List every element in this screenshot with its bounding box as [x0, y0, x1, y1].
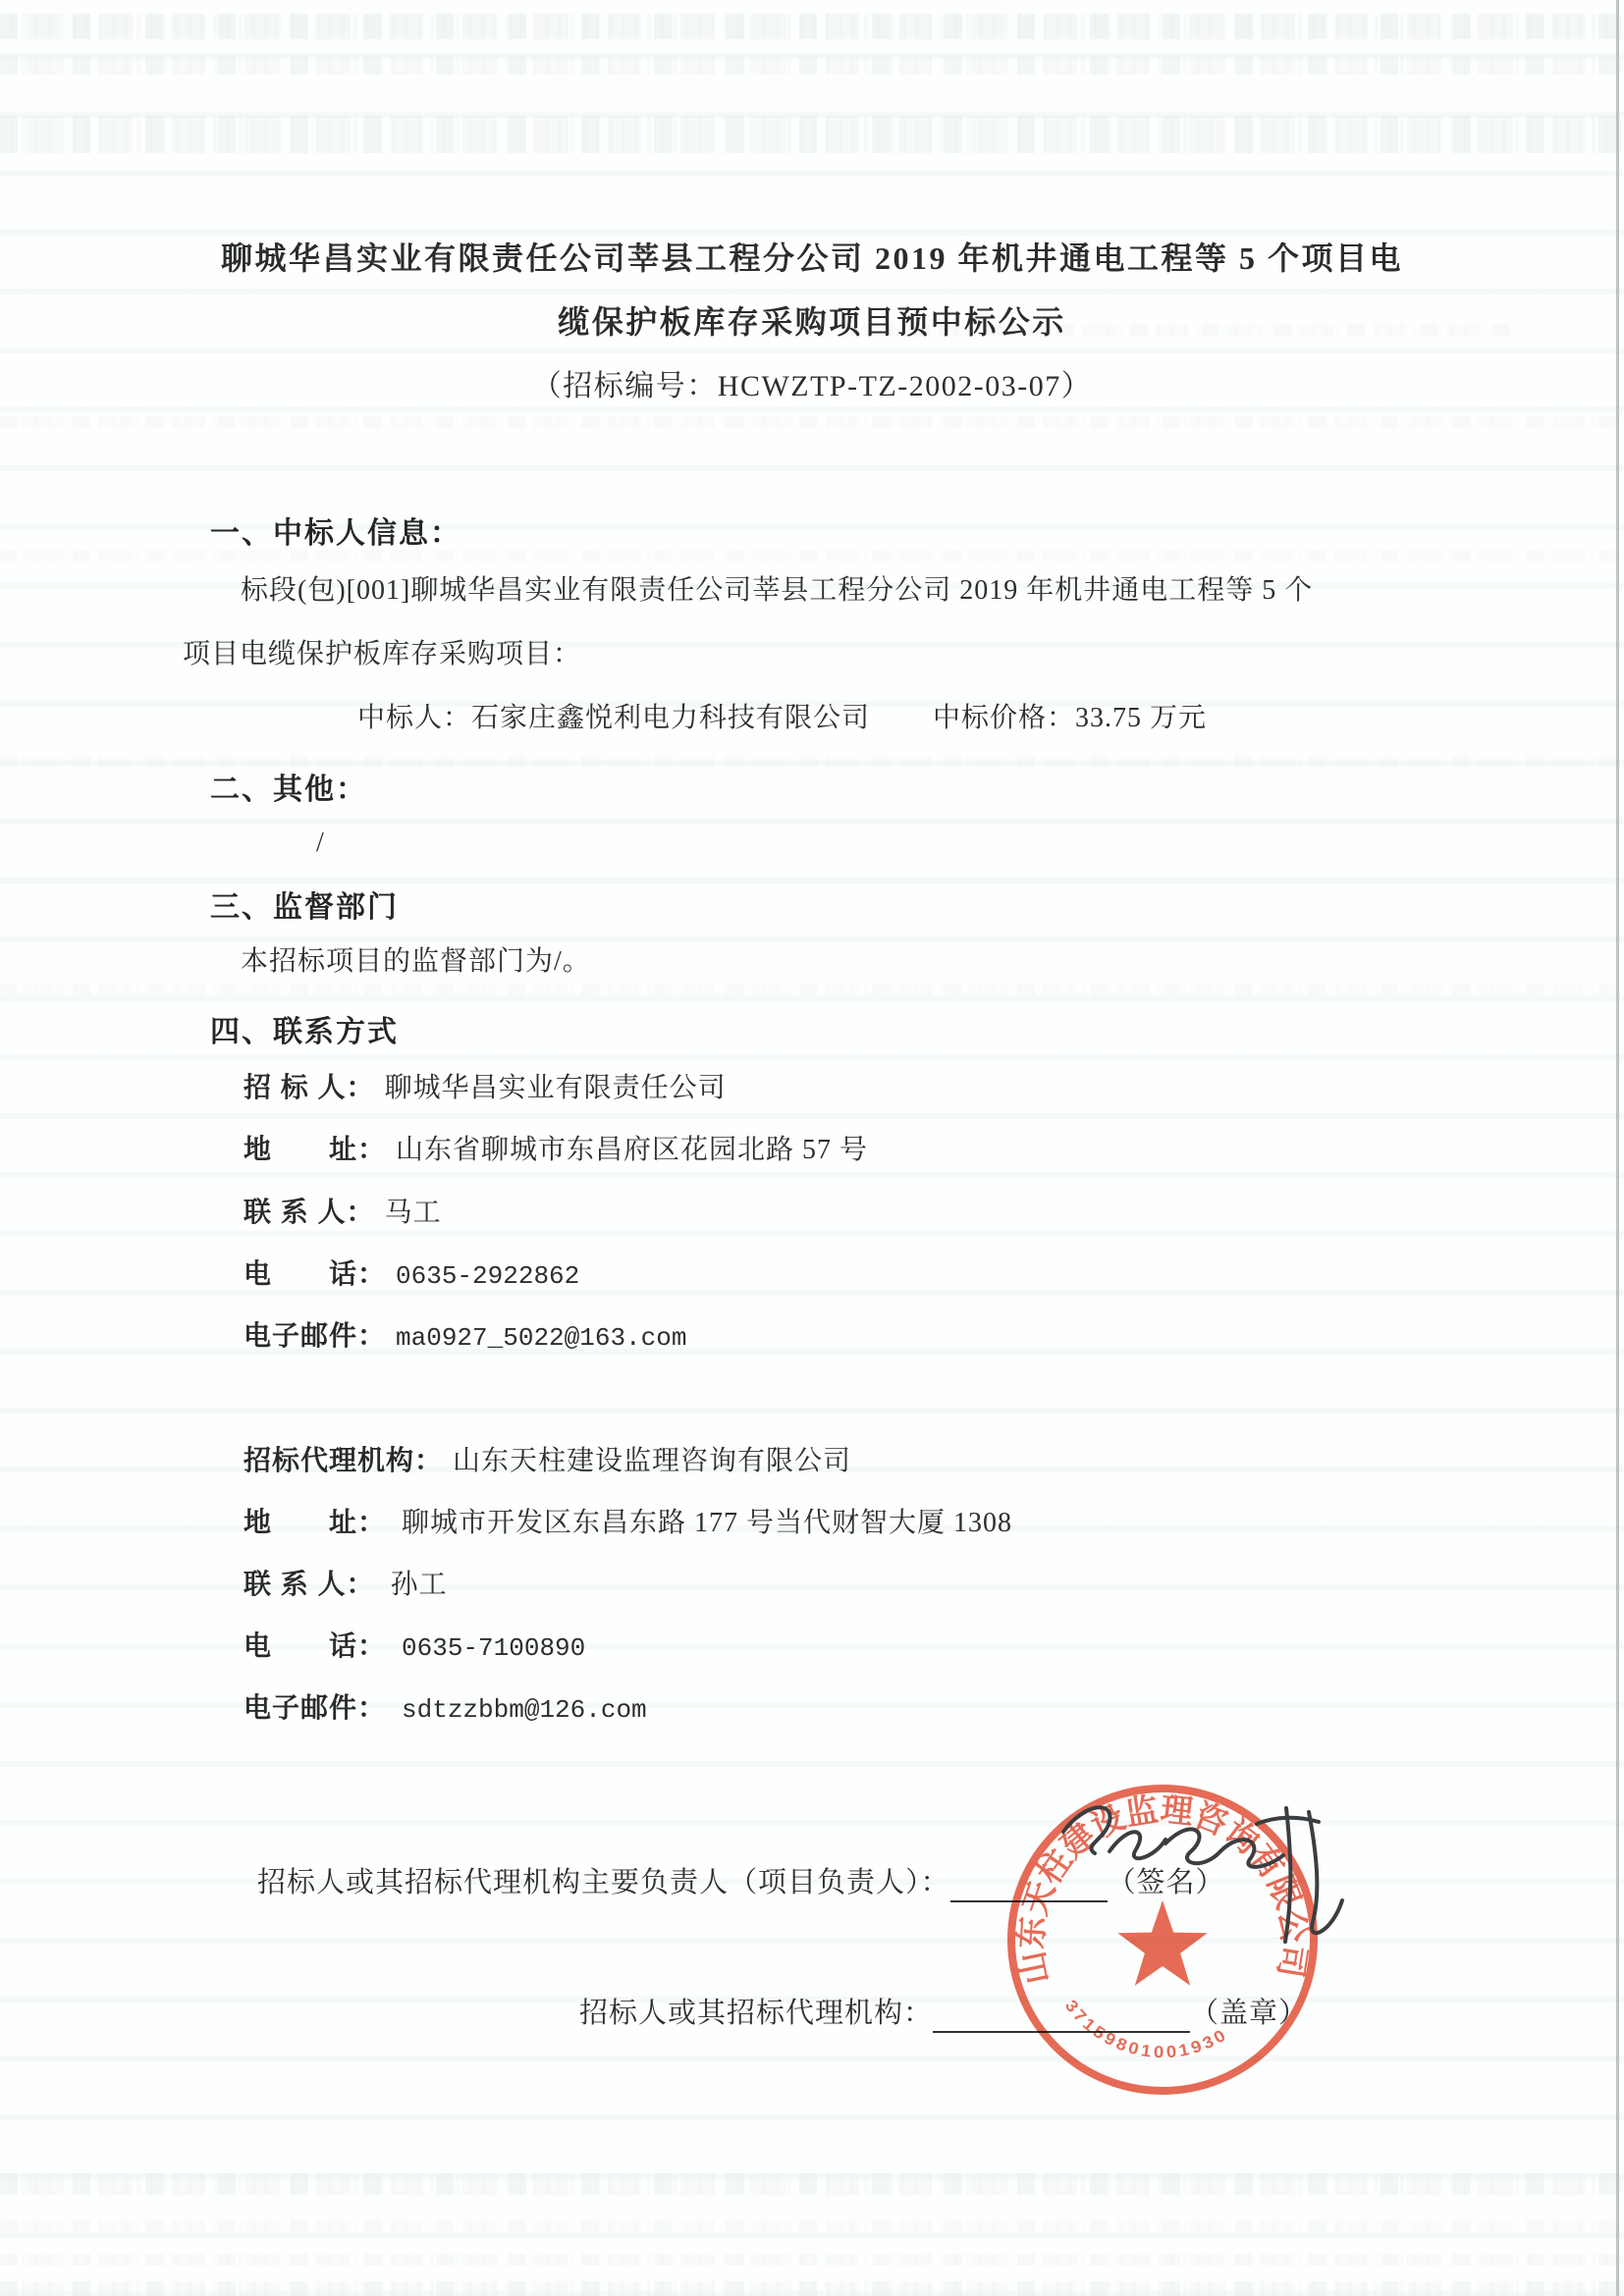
scan-noise-band — [0, 2254, 1624, 2266]
signature-line-1-label: 招标人或其招标代理机构主要负责人（项目负责人）： — [257, 1867, 950, 1898]
tenderer-email-value: ma0927_5022@163.com — [396, 1323, 686, 1353]
tenderer-contact-value: 马工 — [385, 1198, 442, 1228]
tenderer-name-row: 招 标 人：聊城华昌实业有限责任公司 — [244, 1070, 727, 1105]
scan-noise-band — [0, 2220, 1624, 2232]
winner-label: 中标人： — [357, 703, 471, 733]
section-1-paragraph-line-1: 标段(包)[001]聊城华昌实业有限责任公司莘县工程分公司 2019 年机井通电… — [241, 573, 1313, 608]
scan-noise-band — [0, 984, 1624, 995]
scan-edge-line — [1616, 0, 1619, 2296]
agency-contact-label: 联 系 人： — [244, 1569, 375, 1599]
price-label: 中标价格： — [933, 703, 1075, 733]
agency-phone-row: 电 话：0635-7100890 — [244, 1629, 585, 1665]
handwritten-signature — [1056, 1794, 1350, 1956]
tenderer-phone-label: 电 话： — [244, 1258, 386, 1289]
section-1-heading: 一、中标人信息： — [210, 508, 461, 552]
tenderer-contact-label: 联 系 人： — [244, 1197, 375, 1227]
agency-contact-row: 联 系 人：孙工 — [244, 1567, 448, 1602]
stamp-serial-text: 37159801001930 — [1061, 1997, 1231, 2061]
agency-address-row: 地 址：聊城市开发区东昌东路 177 号当代财智大厦 1308 — [244, 1505, 1012, 1540]
scan-noise-band — [0, 14, 1624, 39]
tender-number: （招标编号：HCWZTP-TZ-2002-03-07） — [0, 361, 1624, 404]
scan-noise-band — [0, 2173, 1624, 2195]
section-2-heading: 二、其他： — [210, 765, 367, 808]
section-2-content: / — [316, 826, 325, 860]
scan-noise-band — [0, 55, 1624, 75]
agency-address-value: 聊城市开发区东昌东路 177 号当代财智大厦 1308 — [402, 1508, 1012, 1538]
agency-phone-value: 0635-7100890 — [402, 1633, 585, 1663]
scanned-document-page: 聊城华昌实业有限责任公司莘县工程分公司 2019 年机井通电工程等 5 个项目电… — [0, 0, 1624, 2296]
tenderer-address-label: 地 址： — [244, 1134, 386, 1164]
tenderer-address-value: 山东省聊城市东昌府区花园北路 57 号 — [396, 1135, 868, 1165]
tenderer-contact-row: 联 系 人：马工 — [244, 1195, 442, 1230]
document-title-line-2: 缆保护板库存采购项目预中标公示 — [0, 297, 1624, 343]
tenderer-email-label: 电子邮件： — [244, 1320, 386, 1351]
document-title-line-1: 聊城华昌实业有限责任公司莘县工程分公司 2019 年机井通电工程等 5 个项目电 — [0, 234, 1624, 279]
winner-line: 中标人：石家庄鑫悦利电力科技有限公司中标价格：33.75 万元 — [357, 701, 1207, 735]
tenderer-name-label: 招 标 人： — [244, 1072, 375, 1102]
signature-line-2-label: 招标人或其招标代理机构： — [579, 1998, 933, 2029]
agency-name-value: 山东天柱建设监理咨询有限公司 — [453, 1446, 851, 1476]
agency-email-value: sdtzzbbm@126.com — [402, 1695, 647, 1725]
winner-name: 石家庄鑫悦利电力科技有限公司 — [471, 703, 870, 733]
agency-address-label: 地 址： — [244, 1507, 386, 1537]
agency-email-label: 电子邮件： — [244, 1692, 386, 1723]
scan-noise-band — [0, 116, 1624, 153]
tenderer-phone-value: 0635-2922862 — [396, 1261, 579, 1291]
agency-phone-label: 电 话： — [244, 1630, 386, 1661]
agency-contact-value: 孙工 — [391, 1570, 448, 1600]
tenderer-phone-row: 电 话：0635-2922862 — [244, 1256, 579, 1293]
section-1-paragraph-line-2: 项目电缆保护板库存采购项目： — [183, 637, 581, 671]
section-4-heading: 四、联系方式 — [210, 1007, 399, 1050]
agency-name-label: 招标代理机构： — [244, 1445, 443, 1475]
tenderer-name-value: 聊城华昌实业有限责任公司 — [385, 1073, 727, 1103]
section-3-content: 本招标项目的监督部门为/。 — [241, 944, 591, 979]
section-3-heading: 三、监督部门 — [210, 882, 399, 926]
agency-email-row: 电子邮件：sdtzzbbm@126.com — [244, 1690, 647, 1727]
scan-noise-band — [0, 416, 1624, 428]
price-value: 33.75 万元 — [1075, 703, 1207, 733]
agency-name-row: 招标代理机构：山东天柱建设监理咨询有限公司 — [244, 1443, 851, 1478]
tenderer-address-row: 地 址：山东省聊城市东昌府区花园北路 57 号 — [244, 1132, 868, 1167]
scan-noise-band — [0, 2281, 1624, 2296]
tenderer-email-row: 电子邮件：ma0927_5022@163.com — [244, 1318, 686, 1355]
